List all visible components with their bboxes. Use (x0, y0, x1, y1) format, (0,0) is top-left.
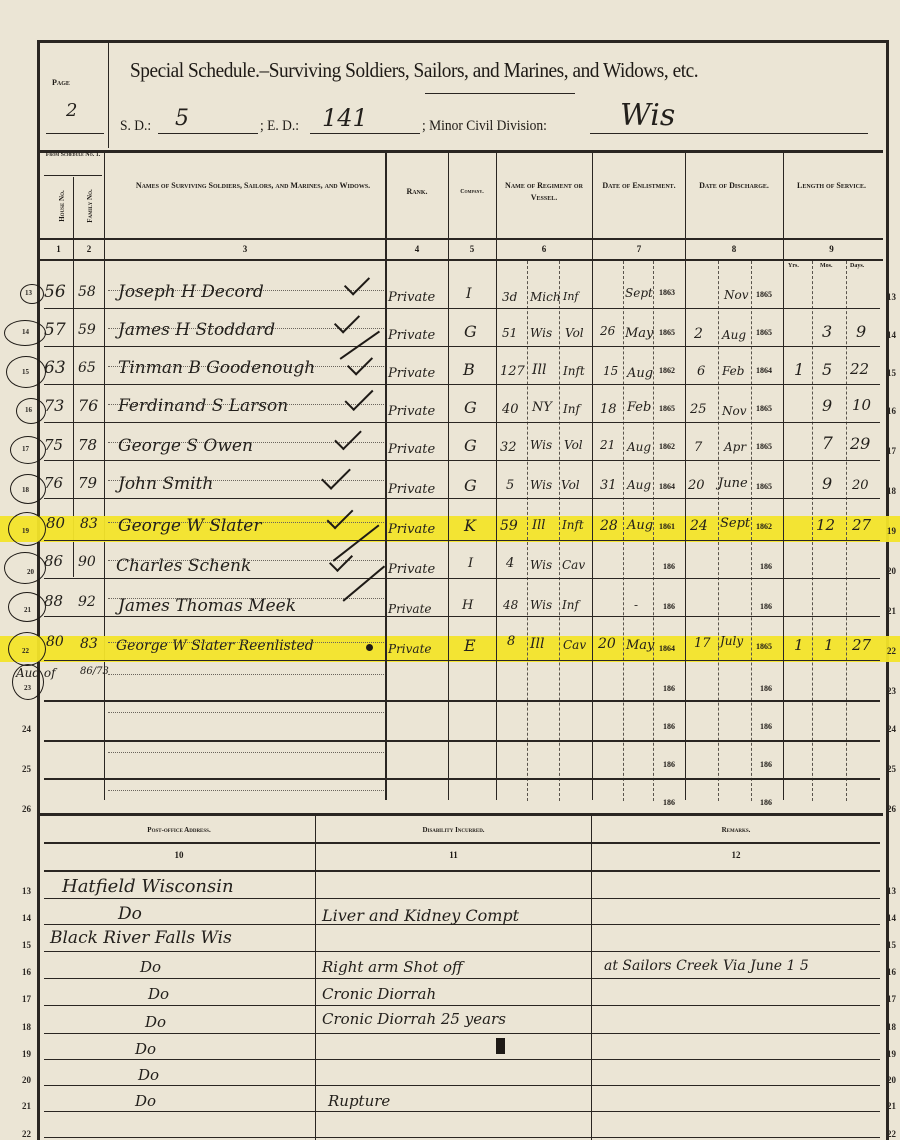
service-months: 9 (822, 474, 832, 493)
discharge-month: Feb (722, 364, 744, 378)
line-number: 19 (22, 527, 29, 535)
regiment-num: 4 (506, 556, 514, 571)
post-office-address: Do (135, 1040, 156, 1058)
post-office-address: Do (148, 985, 169, 1003)
line-number-right: 21 (887, 1101, 896, 1111)
post-office-address: Do (140, 958, 161, 976)
company: K (464, 516, 476, 535)
line-number: 14 (22, 913, 31, 923)
company: G (464, 476, 477, 495)
discharge-month: Sept (720, 516, 750, 531)
rank: Private (388, 642, 432, 656)
schedule-frame (37, 40, 889, 1140)
discharge-day: 17 (694, 636, 711, 651)
enlist-month: Sept (625, 286, 653, 300)
discharge-year: 1865 (756, 442, 772, 451)
soldier-name: Tinman B Goodenough (118, 358, 315, 378)
line-number: 20 (22, 1075, 31, 1085)
col-header-post-office: Post-office Address. (44, 824, 314, 836)
line-number-right: 14 (887, 913, 896, 923)
subheader-days: Days. (850, 263, 864, 269)
disability: Cronic Diorrah 25 years (322, 1010, 506, 1028)
regiment-num: 5 (506, 478, 514, 493)
soldier-name: Ferdinand S Larson (118, 396, 288, 416)
rank: Private (388, 366, 435, 381)
enlist-month: Feb (627, 400, 651, 415)
col-header-enlistment: Date of Enlistment. (594, 180, 684, 192)
sd-label: S. D.: (120, 118, 151, 135)
line-number-right: 17 (887, 446, 896, 456)
discharge-year: 1865 (756, 404, 772, 413)
line-number: 19 (22, 1049, 31, 1059)
enlist-year: 1863 (659, 288, 675, 297)
regiment-type: Inf (563, 290, 579, 303)
line-number-right: 13 (887, 886, 896, 896)
family-no: 76 (78, 396, 98, 415)
line-number-right: 19 (887, 526, 896, 536)
regiment-state: Ill (532, 518, 545, 533)
service-days: 22 (850, 360, 869, 378)
regiment-state: Wis (530, 326, 552, 340)
post-office-address: Do (138, 1066, 159, 1084)
line-number: 22 (22, 647, 29, 655)
soldier-name: George S Owen (118, 436, 253, 456)
enlist-day: 18 (600, 402, 617, 417)
line-number-right: 15 (887, 940, 896, 950)
discharge-year: 1865 (756, 642, 772, 651)
line-number: 15 (22, 368, 29, 376)
post-office-address: Do (135, 1092, 156, 1110)
line-number: 18 (22, 486, 29, 494)
enlist-month: Aug (627, 478, 651, 492)
discharge-year: 186 (760, 562, 772, 571)
col-header-discharge: Date of Discharge. (686, 180, 782, 192)
rank: Private (388, 404, 435, 419)
service-months: 1 (824, 636, 834, 654)
ed-label: ; E. D.: (260, 118, 299, 135)
regiment-num: 51 (502, 326, 517, 340)
sd-value: 5 (175, 106, 189, 131)
regiment-type: Cav (562, 558, 585, 572)
discharge-year: 1862 (756, 522, 772, 531)
enlist-year: 186 (663, 760, 675, 769)
line-number: 17 (22, 445, 29, 453)
family-no: 79 (78, 474, 97, 492)
col-header-names: Names of Surviving Soldiers, Sailors, an… (128, 180, 378, 192)
family-no: 59 (78, 322, 96, 338)
col-num-9: 9 (784, 244, 879, 254)
line-number-right: 19 (887, 1049, 896, 1059)
soldier-name: Charles Schenk (116, 556, 251, 576)
house-no: 86 (44, 552, 63, 570)
soldier-name: John Smith (118, 474, 213, 494)
family-no: 58 (78, 284, 96, 300)
discharge-year: 186 (760, 722, 772, 731)
line-number: 24 (22, 724, 31, 734)
enlist-month: Aug (627, 518, 653, 533)
discharge-year: 1865 (756, 328, 772, 337)
regiment-num: 48 (503, 598, 518, 612)
regiment-num: 8 (507, 634, 515, 649)
discharge-month: Nov (722, 404, 747, 418)
service-days: 27 (852, 516, 871, 534)
discharge-day: 7 (694, 440, 702, 455)
discharge-month: Nov (724, 288, 749, 302)
discharge-day: 2 (694, 326, 703, 342)
regiment-num: 127 (500, 364, 525, 379)
ink-dot (366, 644, 373, 651)
col-header-remarks: Remarks. (592, 824, 880, 836)
disability: Right arm Shot off (322, 958, 463, 976)
discharge-month: July (720, 634, 743, 648)
line-number: 17 (22, 994, 31, 1004)
line-number: 13 (22, 886, 31, 896)
subheader-yrs: Yrs. (788, 263, 799, 269)
house-no: 80 (46, 514, 65, 532)
enlist-month: Aug (627, 440, 651, 454)
house-no: 63 (44, 358, 66, 378)
enlist-year: 186 (663, 602, 675, 611)
rank: Private (388, 442, 435, 457)
enlist-year: 1864 (659, 644, 675, 653)
regiment-type: Inft (563, 364, 585, 378)
col-num-12: 12 (592, 850, 880, 860)
mcd-label: ; Minor Civil Division: (422, 118, 547, 135)
line-number-right: 17 (887, 994, 896, 1004)
family-no: 92 (78, 594, 96, 610)
col-header-length-of-service: Length of Service. (784, 180, 879, 192)
enlist-month: May (625, 326, 653, 341)
regiment-type: Inf (562, 598, 579, 612)
house-no: 76 (44, 474, 63, 492)
line-number-right: 14 (887, 330, 896, 340)
enlist-year: 186 (663, 562, 675, 571)
line-number: 18 (22, 1022, 31, 1032)
line-number: 20 (27, 568, 34, 576)
family-no: 83 (80, 516, 98, 532)
enlist-day: 26 (600, 324, 615, 338)
line-number-right: 22 (887, 646, 896, 656)
soldier-name: James Thomas Meek (118, 596, 296, 616)
enlist-year: 186 (663, 684, 675, 693)
line-number: 25 (22, 764, 31, 774)
line-number-right: 25 (887, 764, 896, 774)
discharge-year: 186 (760, 684, 772, 693)
company: G (464, 398, 477, 417)
enlist-day: 31 (600, 478, 617, 493)
regiment-type: Vol (561, 478, 580, 492)
discharge-year: 186 (760, 798, 772, 807)
line-number-right: 20 (887, 566, 896, 576)
service-months: 3 (822, 322, 832, 341)
rank: Private (388, 522, 435, 537)
line-number: 22 (22, 1129, 31, 1139)
col-num-4: 4 (386, 244, 448, 254)
company: G (464, 322, 477, 341)
house-no: 73 (44, 396, 64, 415)
remarks: at Sailors Creek Via June 1 5 (604, 958, 809, 974)
disability: Cronic Diorrah (322, 985, 436, 1003)
ed-value: 141 (322, 104, 368, 132)
line-number-right: 22 (887, 1129, 896, 1139)
regiment-num: 3d (502, 290, 517, 304)
discharge-year: 186 (760, 602, 772, 611)
col-header-disability: Disability Incurred. (316, 824, 591, 836)
col-num-3: 3 (105, 244, 385, 254)
family-no: 86/73 (80, 666, 96, 677)
line-number: 13 (25, 289, 32, 297)
regiment-state: Ill (532, 362, 547, 378)
regiment-state: Wis (530, 598, 552, 612)
line-number: 14 (22, 328, 29, 336)
company: E (464, 636, 476, 655)
schedule-label: From Schedule No. 1. (44, 152, 102, 159)
col-num-6: 6 (497, 244, 591, 254)
post-office-address: Do (118, 904, 142, 924)
family-no: 90 (78, 554, 96, 570)
line-circle (20, 284, 44, 304)
regiment-type: Cav (563, 638, 586, 652)
family-no: 65 (78, 360, 96, 376)
disability: Liver and Kidney Compt (322, 906, 519, 925)
service-days: 10 (852, 396, 871, 414)
soldier-name: James H Stoddard (118, 320, 275, 340)
col-num-1: 1 (44, 244, 73, 254)
col-header-house-no: House No. (56, 186, 68, 226)
company: G (464, 436, 477, 455)
col-num-10: 10 (44, 850, 314, 860)
enlist-year: 1862 (659, 442, 675, 451)
discharge-year: 1864 (756, 366, 772, 375)
col-header-company: Company. (449, 186, 495, 198)
service-days: 9 (856, 322, 866, 341)
line-number: 16 (25, 406, 32, 414)
enlist-year: 1862 (659, 366, 675, 375)
rank: Private (388, 290, 435, 305)
line-number: 16 (22, 967, 31, 977)
house-no: 88 (44, 592, 63, 610)
col-header-regiment: Name of Regiment or Vessel. (497, 180, 591, 204)
regiment-num: 59 (500, 518, 518, 534)
mcd-value: Wis (620, 98, 675, 133)
house-no: 80 (46, 634, 64, 650)
line-number: 21 (24, 606, 31, 614)
regiment-type: Vol (565, 326, 584, 340)
enlist-year: 1864 (659, 482, 675, 491)
col-num-11: 11 (316, 850, 591, 860)
line-number-right: 13 (887, 292, 896, 302)
col-num-5: 5 (449, 244, 495, 254)
discharge-month: Aug (722, 328, 746, 342)
company: I (468, 556, 473, 571)
discharge-day: 6 (697, 364, 705, 379)
line-number-right: 18 (887, 1022, 896, 1032)
regiment-state: Mich (530, 290, 561, 304)
discharge-year: 1865 (756, 290, 772, 299)
service-years: 1 (794, 360, 804, 379)
col-header-family-no: Family No. (84, 186, 96, 226)
house-no: Aud of (16, 666, 56, 680)
service-months: 5 (822, 360, 832, 379)
enlist-month: Aug (627, 366, 653, 381)
rank: Private (388, 562, 435, 577)
page-title: Special Schedule.–Surviving Soldiers, Sa… (130, 58, 698, 83)
house-no: 75 (44, 436, 63, 454)
regiment-num: 32 (500, 440, 517, 455)
regiment-state: Ill (530, 636, 545, 652)
col-header-rank: Rank. (386, 186, 448, 198)
service-years: 1 (794, 636, 804, 654)
rank: Private (388, 328, 435, 343)
enlist-day: 21 (600, 438, 615, 452)
enlist-day: 28 (600, 518, 618, 534)
line-number: 15 (22, 940, 31, 950)
line-number: 26 (22, 804, 31, 814)
regiment-num: 40 (502, 402, 519, 417)
enlist-year: 186 (663, 722, 675, 731)
ink-blot (496, 1038, 505, 1054)
discharge-month: June (718, 476, 748, 491)
line-number-right: 21 (887, 606, 896, 616)
service-months: 9 (822, 396, 832, 415)
enlist-month: - (634, 598, 638, 612)
line-number-right: 15 (887, 368, 896, 378)
enlist-day: 15 (603, 364, 618, 378)
col-num-2: 2 (74, 244, 104, 254)
service-months: 12 (816, 516, 835, 534)
col-num-7: 7 (594, 244, 684, 254)
line-circle (4, 552, 46, 584)
regiment-state: Wis (530, 478, 552, 492)
page-label: Page (52, 78, 70, 87)
service-days: 29 (850, 434, 870, 453)
discharge-day: 25 (690, 402, 707, 417)
line-number-right: 23 (887, 686, 896, 696)
service-days: 27 (852, 636, 871, 654)
post-office-address: Black River Falls Wis (50, 928, 232, 948)
service-months: 7 (822, 434, 833, 454)
line-number-right: 16 (887, 406, 896, 416)
line-number: 21 (22, 1101, 31, 1111)
regiment-state: NY (532, 400, 552, 415)
regiment-state: Wis (530, 558, 552, 572)
discharge-year: 186 (760, 760, 772, 769)
regiment-type: Inf (563, 402, 580, 416)
enlist-year: 186 (663, 798, 675, 807)
col-num-8: 8 (686, 244, 782, 254)
enlist-year: 1865 (659, 328, 675, 337)
family-no: 78 (78, 436, 97, 454)
line-number-right: 18 (887, 486, 896, 496)
enlist-day: 20 (598, 636, 616, 652)
subheader-mos: Mos. (820, 263, 833, 269)
line-number-right: 20 (887, 1075, 896, 1085)
enlist-month: May (626, 638, 654, 653)
line-number: 23 (24, 684, 31, 692)
discharge-year: 1865 (756, 482, 772, 491)
regiment-state: Wis (530, 438, 552, 452)
line-number-right: 16 (887, 967, 896, 977)
rank: Private (388, 482, 435, 497)
regiment-type: Inft (562, 518, 584, 532)
house-no: 56 (44, 282, 66, 302)
family-no: 83 (80, 636, 98, 652)
company: I (466, 286, 472, 302)
line-number-right: 24 (887, 724, 896, 734)
enlist-year: 1865 (659, 404, 675, 413)
discharge-month: Apr (724, 440, 746, 454)
regiment-type: Vol (564, 438, 583, 452)
discharge-day: 20 (688, 478, 705, 493)
house-no: 57 (44, 320, 66, 340)
rank: Private (388, 602, 432, 616)
discharge-day: 24 (690, 518, 708, 534)
company: B (463, 360, 475, 379)
soldier-name: George W Slater Reenlisted (116, 638, 314, 654)
line-number-right: 26 (887, 804, 896, 814)
company: H (462, 598, 473, 613)
enlist-year: 1861 (659, 522, 675, 531)
soldier-name: George W Slater (118, 516, 261, 536)
service-days: 20 (852, 478, 869, 493)
post-office-address: Do (145, 1013, 166, 1031)
disability: Rupture (328, 1092, 390, 1110)
page-number: 2 (66, 100, 77, 121)
soldier-name: Joseph H Decord (118, 282, 264, 302)
post-office-address: Hatfield Wisconsin (62, 876, 234, 897)
